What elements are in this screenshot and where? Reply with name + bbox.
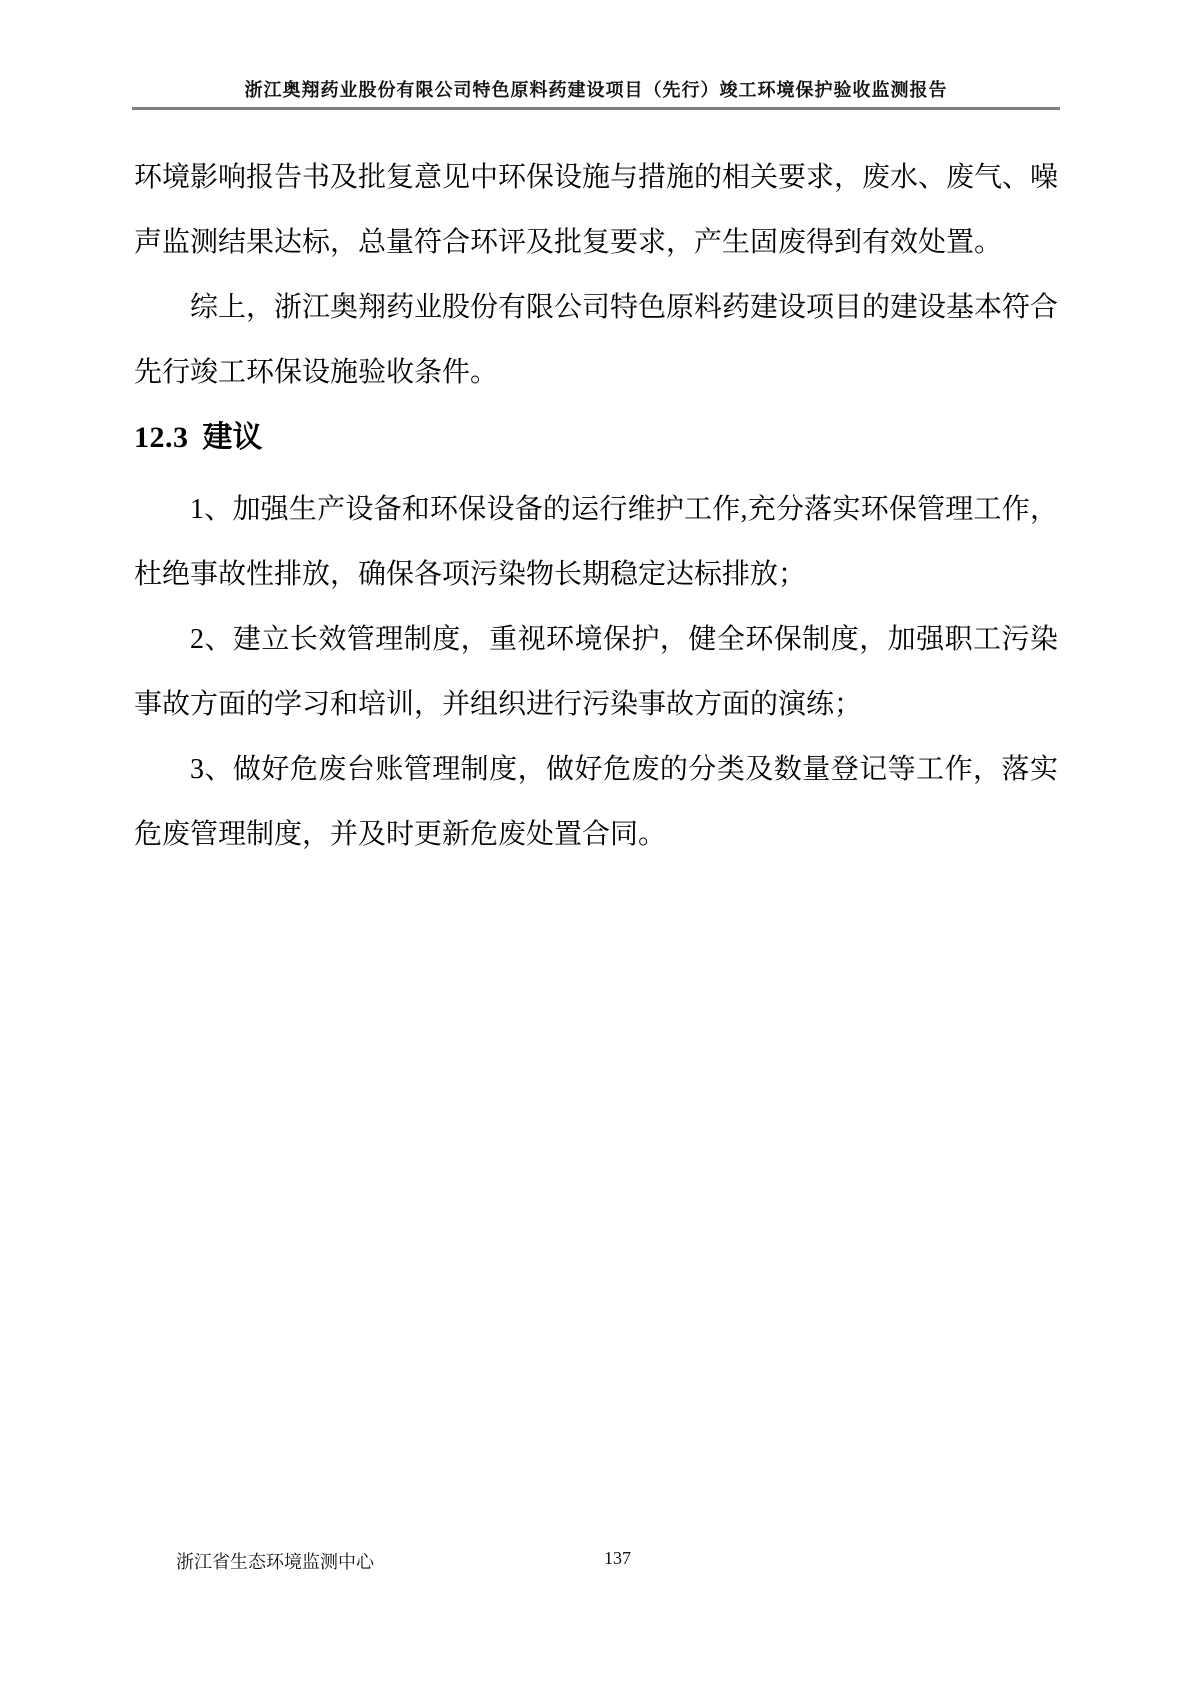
body-paragraph-summary: 综上，浙江奥翔药业股份有限公司特色原料药建设项目的建设基本符合先行竣工环保设施验… <box>134 275 1058 405</box>
page-number: 137 <box>604 1548 631 1569</box>
document-body: 环境影响报告书及批复意见中环保设施与措施的相关要求，废水、废气、噪声监测结果达标… <box>134 145 1058 867</box>
footer-organization: 浙江省生态环境监测中心 <box>176 1548 374 1574</box>
section-heading: 12.3建议 <box>134 405 1058 470</box>
suggestion-item-3: 3、做好危废台账管理制度，做好危废的分类及数量登记等工作，落实危废管理制度，并及… <box>134 737 1058 867</box>
page-header: 浙江奥翔药业股份有限公司特色原料药建设项目（先行）竣工环境保护验收监测报告 <box>132 76 1060 110</box>
section-heading-number: 12.3 <box>134 421 189 454</box>
body-paragraph-continuation: 环境影响报告书及批复意见中环保设施与措施的相关要求，废水、废气、噪声监测结果达标… <box>134 145 1058 275</box>
page-footer: 浙江省生态环境监测中心 137 <box>0 1548 1190 1578</box>
suggestion-item-1: 1、加强生产设备和环保设备的运行维护工作,充分落实环保管理工作，杜绝事故性排放，… <box>134 477 1058 607</box>
suggestion-item-2: 2、建立长效管理制度，重视环境保护，健全环保制度，加强职工污染事故方面的学习和培… <box>134 607 1058 737</box>
section-heading-text: 建议 <box>203 421 263 454</box>
document-page: 浙江奥翔药业股份有限公司特色原料药建设项目（先行）竣工环境保护验收监测报告 环境… <box>0 0 1190 1683</box>
header-title: 浙江奥翔药业股份有限公司特色原料药建设项目（先行）竣工环境保护验收监测报告 <box>245 80 948 100</box>
